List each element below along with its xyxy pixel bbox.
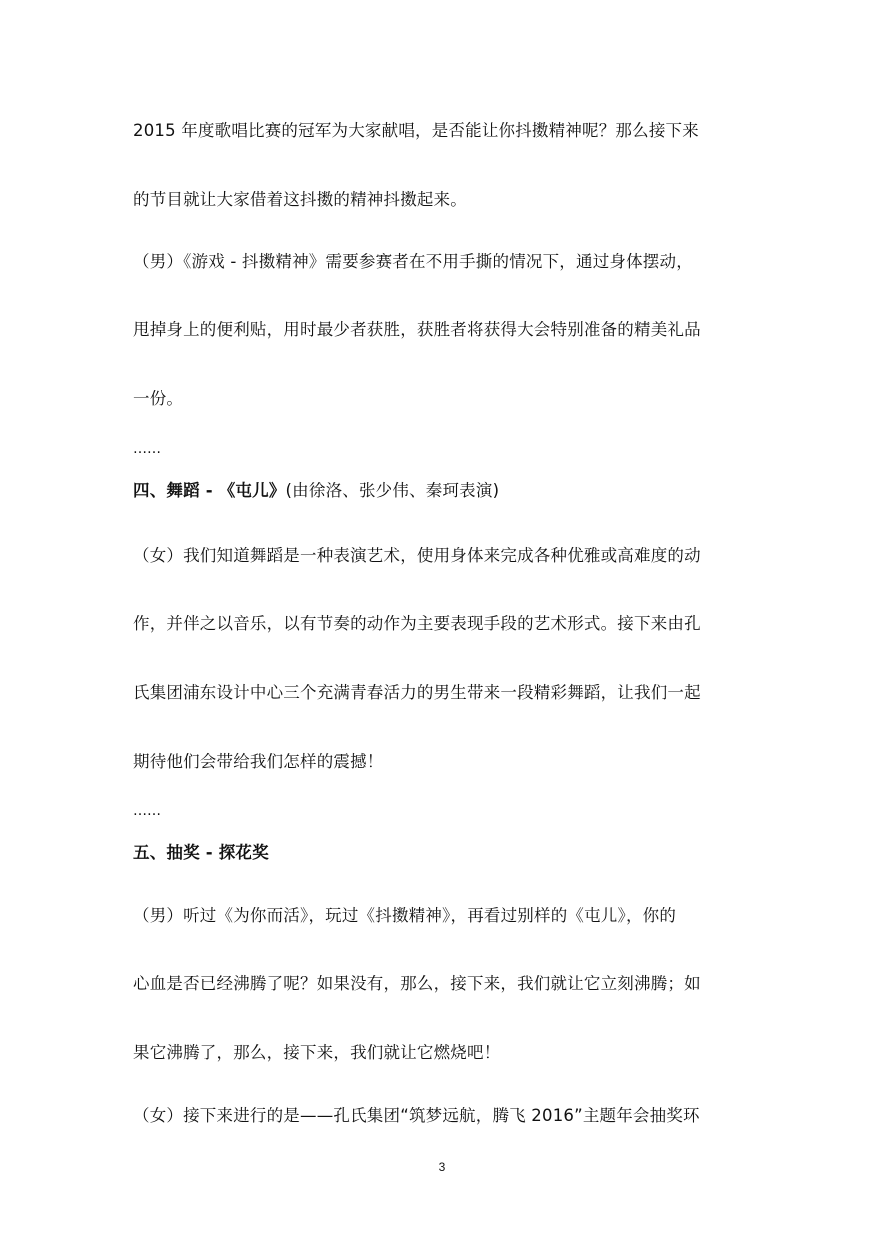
ellipsis: …… — [133, 438, 161, 460]
paragraph-line: 2015 年度歌唱比赛的冠军为大家献唱，是否能让你抖擞精神呢？那么接下来 — [133, 120, 699, 142]
paragraph-line: 一份。 — [133, 388, 183, 410]
paragraph-line: 心血是否已经沸腾了呢？如果没有，那么，接下来，我们就让它立刻沸腾；如 — [133, 973, 701, 995]
paragraph-line: 甩掉身上的便利贴，用时最少者获胜，获胜者将获得大会特别准备的精美礼品 — [133, 319, 701, 341]
paragraph-line: 的节目就让大家借着这抖擞的精神抖擞起来。 — [133, 189, 467, 211]
page-number: 3 — [0, 1160, 884, 1174]
paragraph-line: （男）《游戏 - 抖擞精神》需要参赛者在不用手撕的情况下，通过身体摆动， — [133, 251, 693, 273]
heading-bold-text: 四、舞蹈 - 《屯儿》 — [133, 481, 286, 500]
paragraph-line: （女）我们知道舞蹈是一种表演艺术，使用身体来完成各种优雅或高难度的动 — [133, 545, 701, 567]
heading-performers: (由徐洛、张少伟、秦珂表演) — [286, 481, 500, 500]
paragraph-line: 作，并伴之以音乐，以有节奏的动作为主要表现手段的艺术形式。接下来由孔 — [133, 613, 701, 635]
ellipsis: …… — [133, 800, 161, 822]
paragraph-line: 果它沸腾了，那么，接下来，我们就让它燃烧吧！ — [133, 1042, 500, 1064]
paragraph-line: （女）接下来进行的是——孔氏集团“筑梦远航，腾飞 2016”主题年会抽奖环 — [133, 1105, 700, 1127]
paragraph-line: 氏集团浦东设计中心三个充满青春活力的男生带来一段精彩舞蹈，让我们一起 — [133, 682, 701, 704]
paragraph-line: 期待他们会带给我们怎样的震撼！ — [133, 751, 384, 773]
paragraph-line: （男）听过《为你而活》，玩过《抖擞精神》，再看过别样的《屯儿》，你的 — [133, 905, 676, 927]
section-heading-dance: 四、舞蹈 - 《屯儿》(由徐洛、张少伟、秦珂表演) — [133, 480, 499, 502]
section-heading-lottery: 五、抽奖 - 探花奖 — [133, 842, 269, 864]
